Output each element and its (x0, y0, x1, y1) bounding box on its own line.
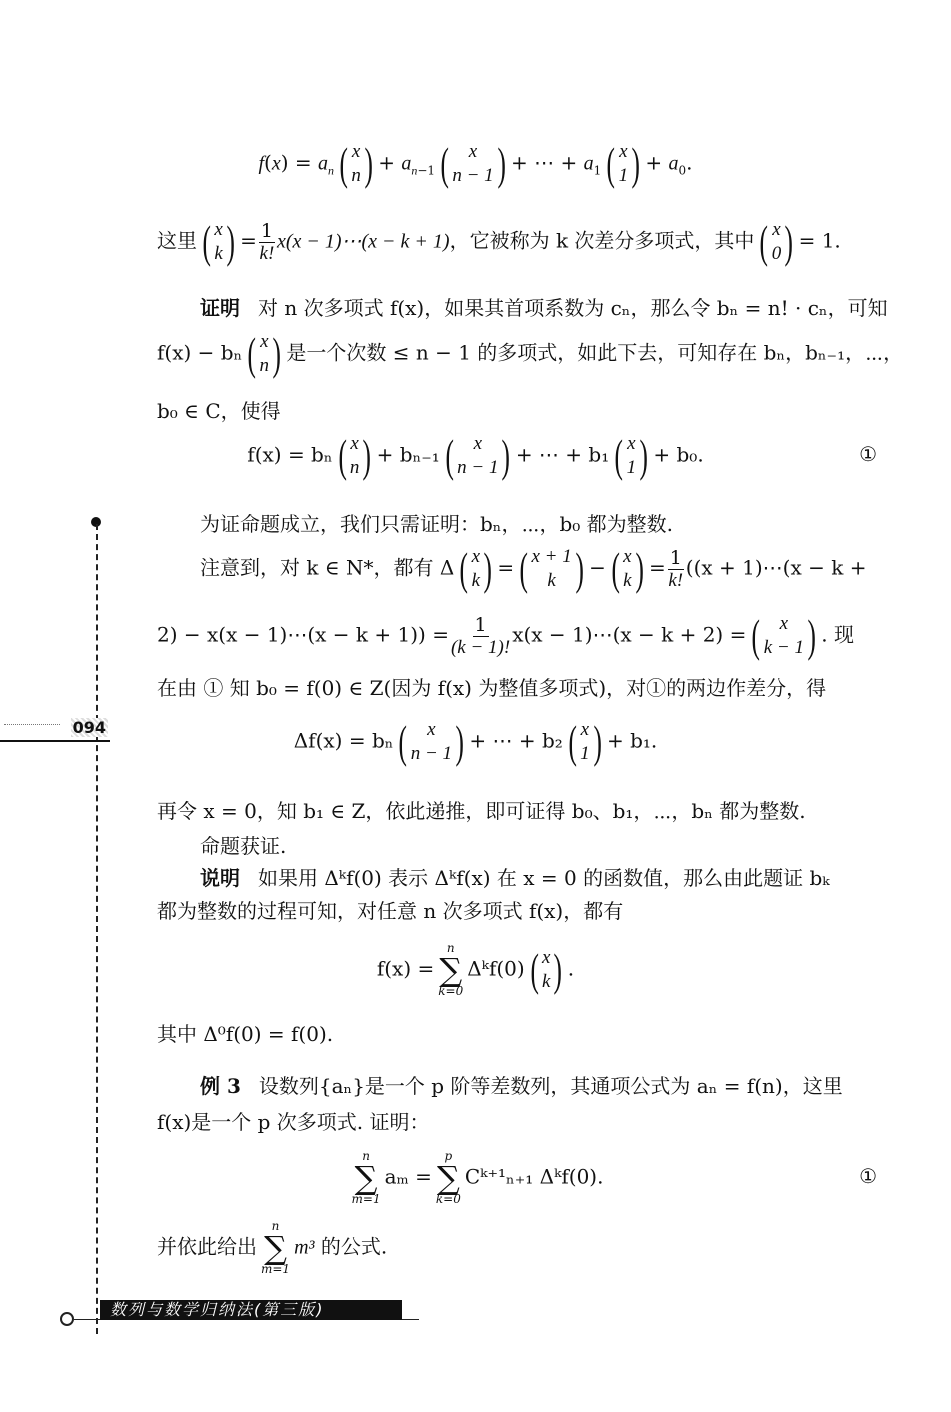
example-line-2: f(x)是一个 p 次多项式. 证明： (157, 1106, 951, 1135)
note-line-1: 注意到，对 k ∈ N*，都有 Δ(xk)=(x + 1k)−(xk)=1k!(… (200, 545, 951, 593)
equation-example: n∑m=1aₘ =p∑k=0Cᵏ⁺¹ₙ₊₁ Δᵏf(0). ① (0, 1150, 951, 1206)
final-line: 并依此给出n∑m=1m³ 的公式. (157, 1220, 951, 1276)
where-line: 其中 Δ⁰f(0) = f(0). (157, 1018, 951, 1047)
proof-line-2: f(x) − bₙ(xn)是一个次数 ≤ n − 1 的多项式，如此下去，可知存… (157, 330, 951, 378)
definition-line: 这里(xk)=1k!x(x − 1)⋯(x − k + 1)，它被称为 k 次差… (157, 218, 951, 266)
proof-line-1: 证明对 n 次多项式 f(x)，如果其首项系数为 cₙ，那么令 bₙ = n! … (200, 292, 951, 321)
book-title: 数列与数学归纳法(第三版) (100, 1300, 402, 1320)
induction-line: 再令 x = 0，知 b₁ ∈ Z，依此递推，即可证得 b₀、b₁，⋯，bₙ 都… (157, 795, 951, 824)
note-line-3: 在由 ① 知 b₀ = f(0) ∈ Z(因为 f(x) 为整值多项式)，对①的… (157, 672, 951, 701)
remark-line-2: 都为整数的过程可知，对任意 n 次多项式 f(x)，都有 (157, 895, 951, 924)
example-line-1: 例 3设数列{aₙ}是一个 p 阶等差数列，其通项公式为 aₙ = f(n)，这… (200, 1070, 951, 1099)
binomial: (xn) (336, 140, 376, 188)
remark-line-1: 说明如果用 Δᵏf(0) 表示 Δᵏf(x) 在 x = 0 的函数值，那么由此… (200, 862, 951, 891)
note-line-2: 2) − x(x − 1)⋯(x − k + 1)) =1(k − 1)!x(x… (157, 612, 951, 660)
circle-ornament-icon (60, 1312, 74, 1326)
equation-sum: f(x) =n∑k=0Δᵏf(0)(xk). (0, 942, 951, 998)
equation-delta: Δf(x) = bₙ(xn − 1)+ ⋯ + b₂(x1)+ b₁. (0, 718, 951, 766)
equation-1: f(x) = bₙ(xn)+ bₙ₋₁(xn − 1)+ ⋯ + b₁(x1)+… (0, 432, 951, 480)
equation-newton-form: f(x) = an(xn)+ an−1(xn − 1)+ ⋯ + a1(x1)+… (0, 140, 951, 188)
proof-line-3: b₀ ∈ C，使得 (157, 395, 951, 424)
equation-number: ① (859, 1164, 877, 1188)
qed-line: 命题获证. (200, 830, 951, 859)
margin-dashed-line (96, 524, 98, 1334)
goal-line: 为证命题成立，我们只需证明：bₙ，⋯，b₀ 都为整数. (200, 508, 951, 537)
equation-number: ① (859, 442, 877, 466)
running-footer: 数列与数学归纳法(第三版) (60, 1300, 420, 1328)
